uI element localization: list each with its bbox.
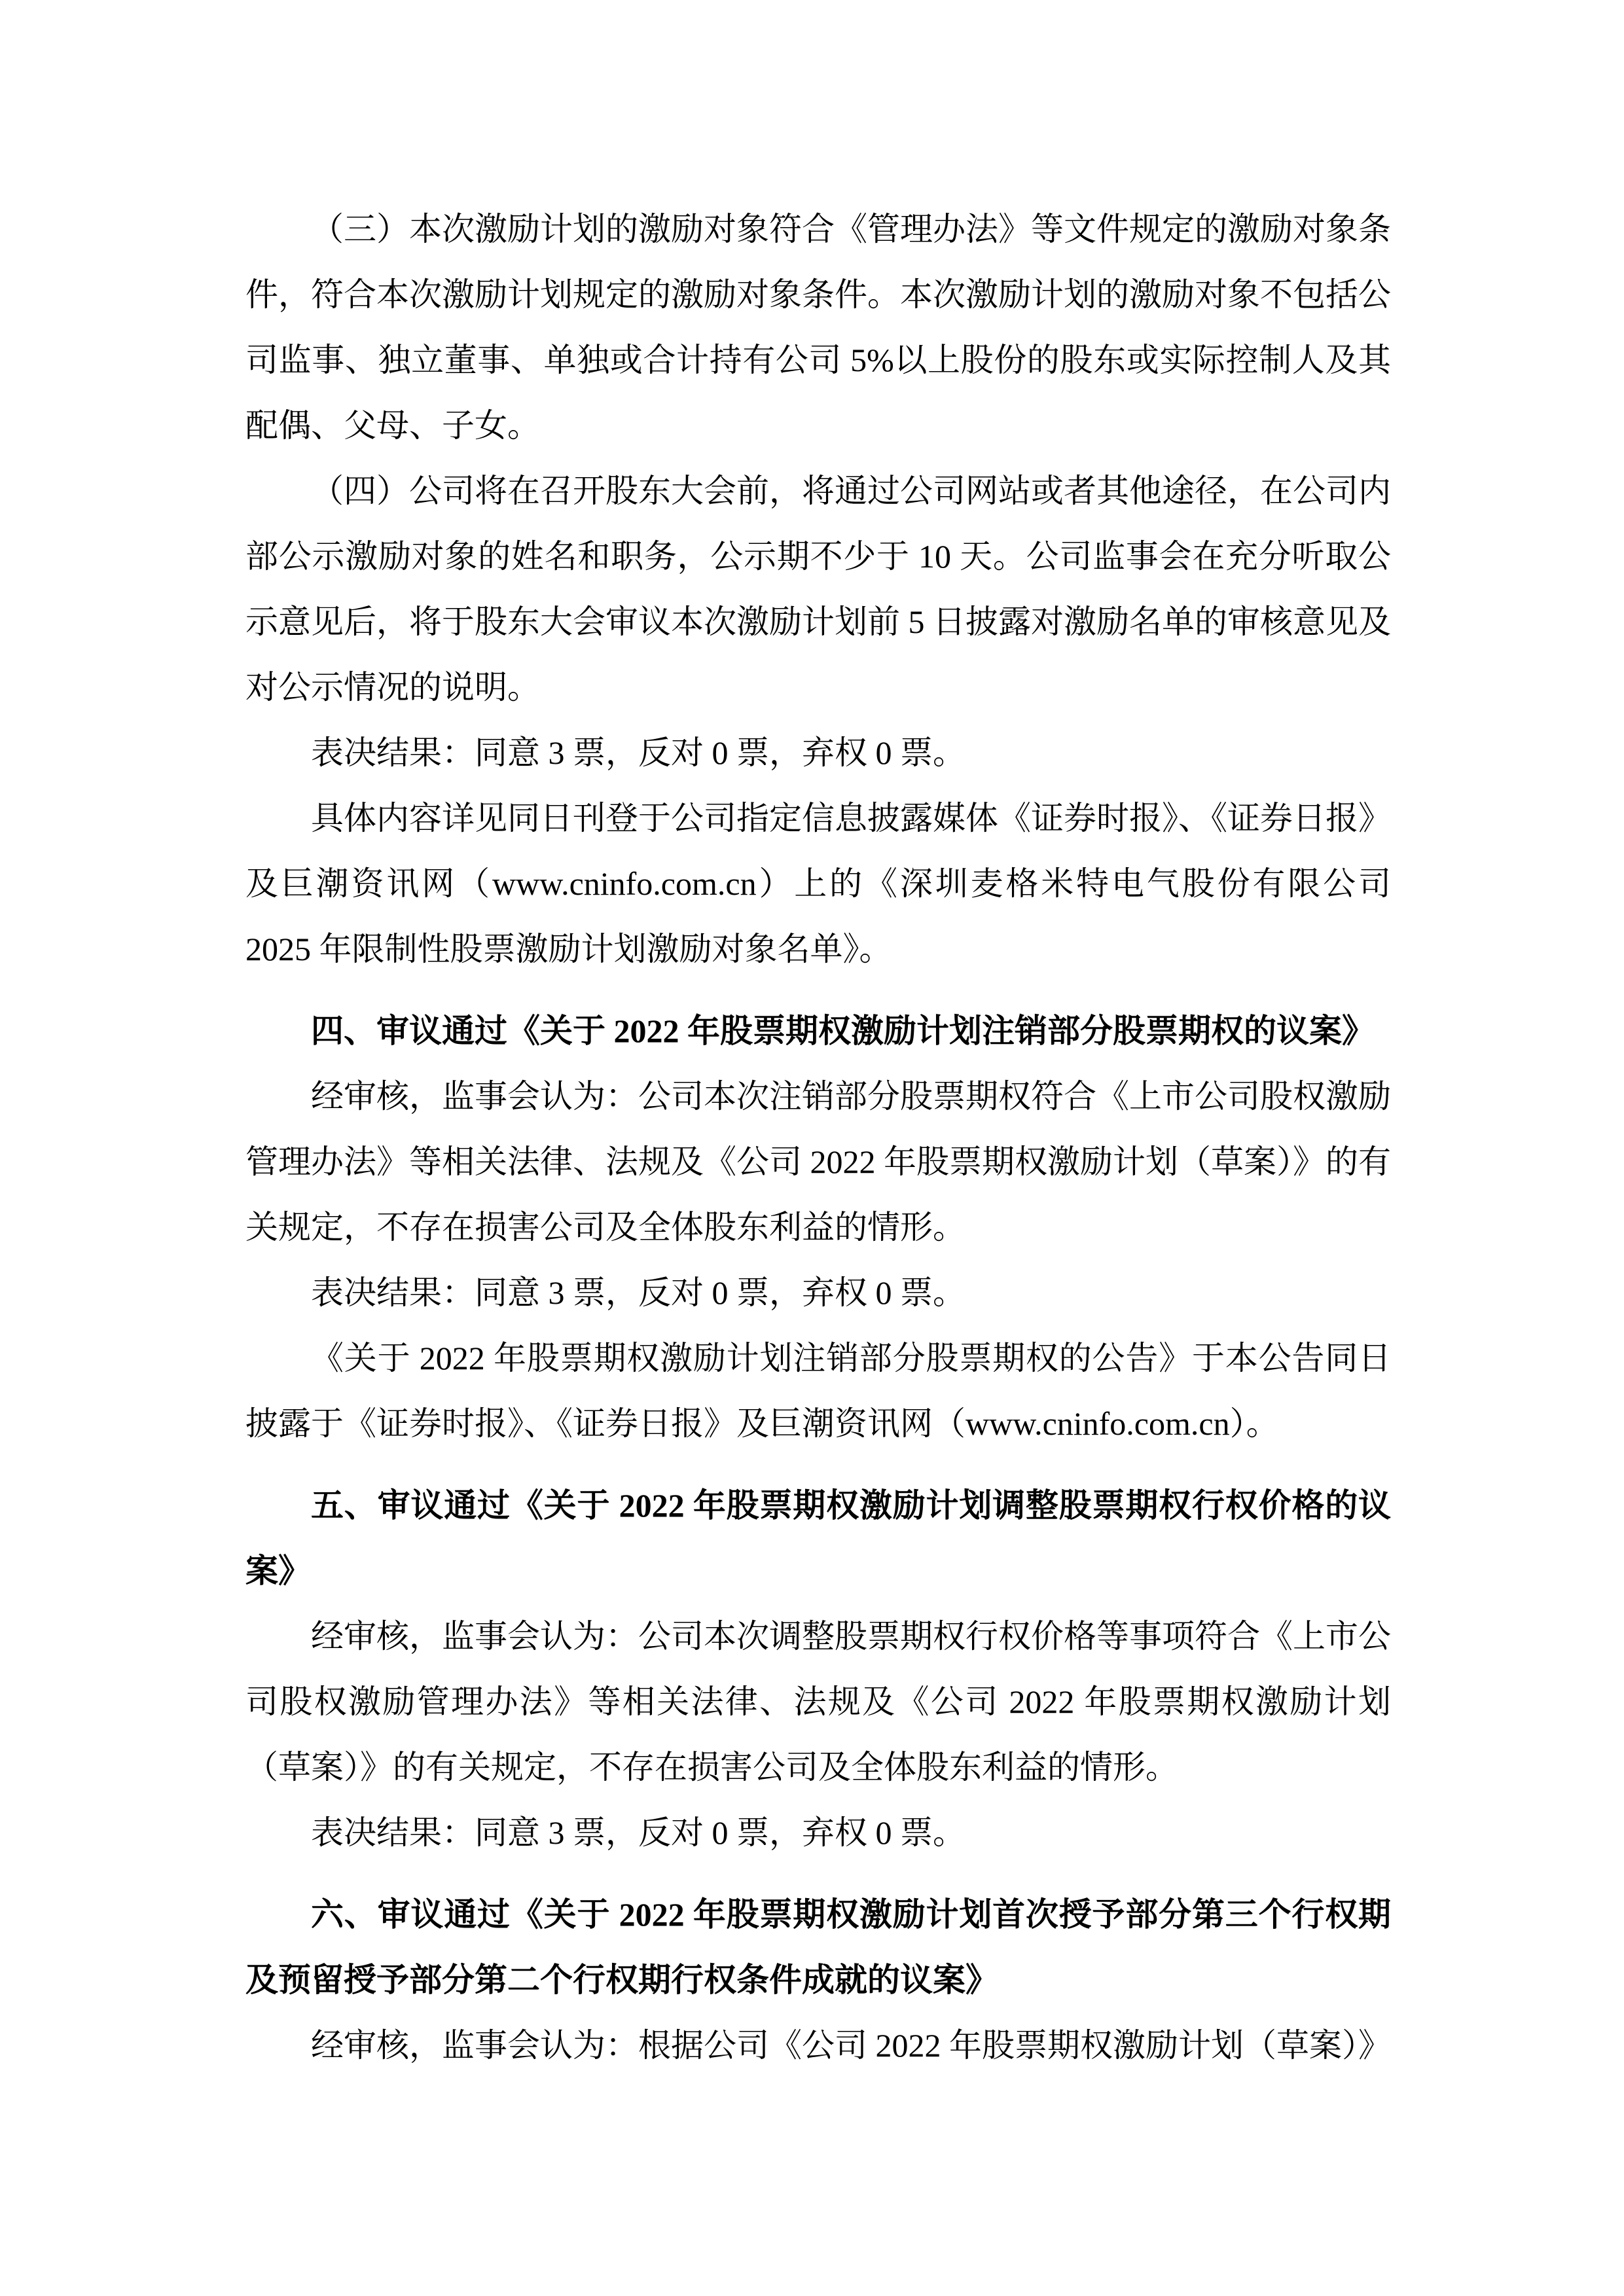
paragraph-review-opinion-adjust: 经审核，监事会认为：公司本次调整股票期权行权价格等事项符合《上市公司股权激励管理… (245, 1604, 1391, 1800)
paragraph-review-opinion-vesting: 经审核，监事会认为：根据公司《公司 2022 年股票期权激励计划（草案）》 (245, 2013, 1391, 2078)
page-content: （三）本次激励计划的激励对象符合《管理办法》等文件规定的激励对象条件，符合本次激… (245, 196, 1391, 2078)
paragraph-item-4-publicity-period: （四）公司将在召开股东大会前，将通过公司网站或者其他途径，在公司内部公示激励对象… (245, 458, 1391, 720)
paragraph-disclosure-media: 具体内容详见同日刊登于公司指定信息披露媒体《证券时报》、《证券日报》及巨潮资讯网… (245, 785, 1391, 982)
section-heading-6-vesting-period: 六、审议通过《关于 2022 年股票期权激励计划首次授予部分第三个行权期及预留授… (245, 1882, 1391, 2013)
paragraph-vote-result-2: 表决结果：同意 3 票，反对 0 票，弃权 0 票。 (245, 1260, 1391, 1325)
document-page: （三）本次激励计划的激励对象符合《管理办法》等文件规定的激励对象条件，符合本次激… (0, 0, 1624, 2296)
section-heading-4-cancel-options: 四、审议通过《关于 2022 年股票期权激励计划注销部分股票期权的议案》 (245, 998, 1391, 1064)
paragraph-vote-result-3: 表决结果：同意 3 票，反对 0 票，弃权 0 票。 (245, 1800, 1391, 1865)
paragraph-vote-result-1: 表决结果：同意 3 票，反对 0 票，弃权 0 票。 (245, 720, 1391, 785)
paragraph-announcement-disclosure: 《关于 2022 年股票期权激励计划注销部分股票期权的公告》于本公告同日披露于《… (245, 1325, 1391, 1456)
paragraph-item-3-incentive-targets: （三）本次激励计划的激励对象符合《管理办法》等文件规定的激励对象条件，符合本次激… (245, 196, 1391, 458)
paragraph-review-opinion-cancel: 经审核，监事会认为：公司本次注销部分股票期权符合《上市公司股权激励管理办法》等相… (245, 1064, 1391, 1260)
section-heading-5-adjust-price: 五、审议通过《关于 2022 年股票期权激励计划调整股票期权行权价格的议案》 (245, 1473, 1391, 1604)
